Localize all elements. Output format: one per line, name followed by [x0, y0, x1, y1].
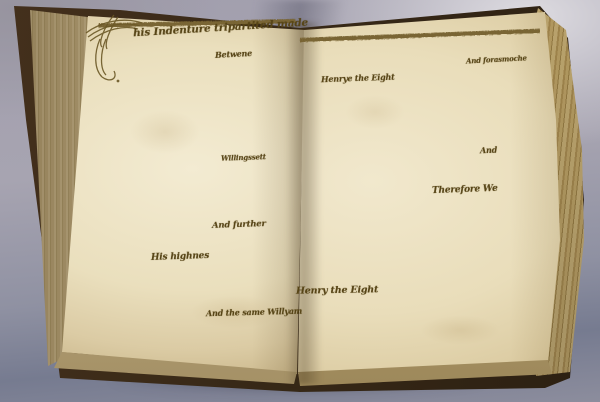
manuscript-heading: Betwene [215, 48, 253, 60]
photo-open-manuscript-book: aide londes grenes ande tenemen of oure … [0, 0, 600, 402]
manuscript-heading: His highnes [151, 251, 209, 263]
decorative-initial-T [84, 12, 146, 88]
manuscript-heading: Henry the Eight [296, 284, 378, 296]
manuscript-heading: Willingssett [221, 152, 266, 163]
manuscript-heading: And further [212, 219, 266, 231]
manuscript-heading: And [480, 145, 497, 156]
